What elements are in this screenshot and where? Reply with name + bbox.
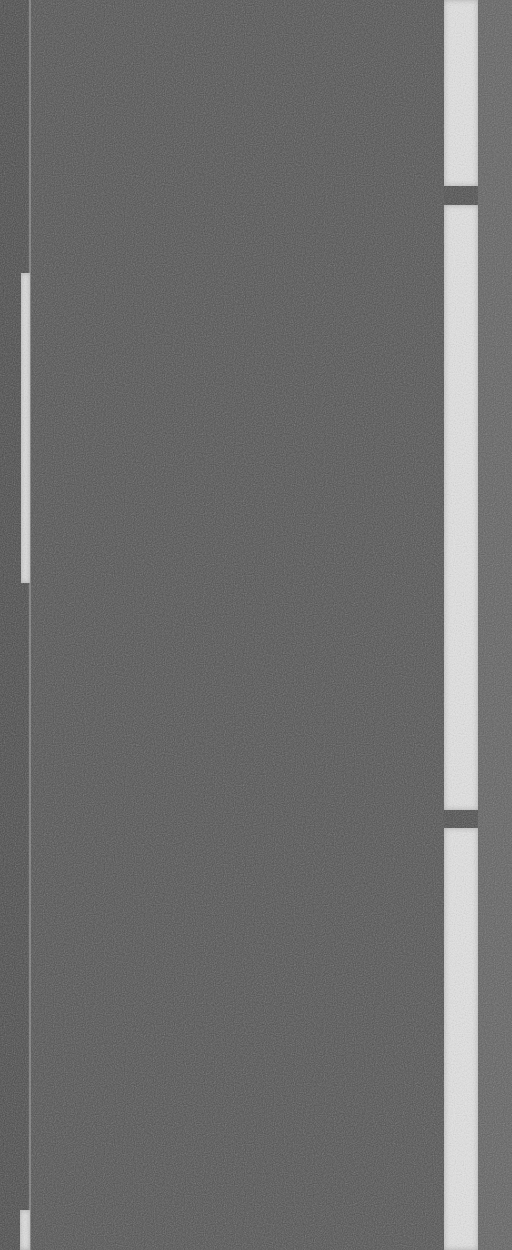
right-shoulder [478,0,512,1250]
right-edge-marking [444,0,478,186]
asphalt-lane [28,0,444,1250]
right-edge-marking [444,205,478,810]
right-edge-marking [444,828,478,1250]
pavement-seam [29,0,31,1250]
road-aerial-image [0,0,512,1250]
left-shoulder [0,0,28,1250]
left-lane-dash [20,1210,30,1250]
left-lane-dash [21,273,30,583]
